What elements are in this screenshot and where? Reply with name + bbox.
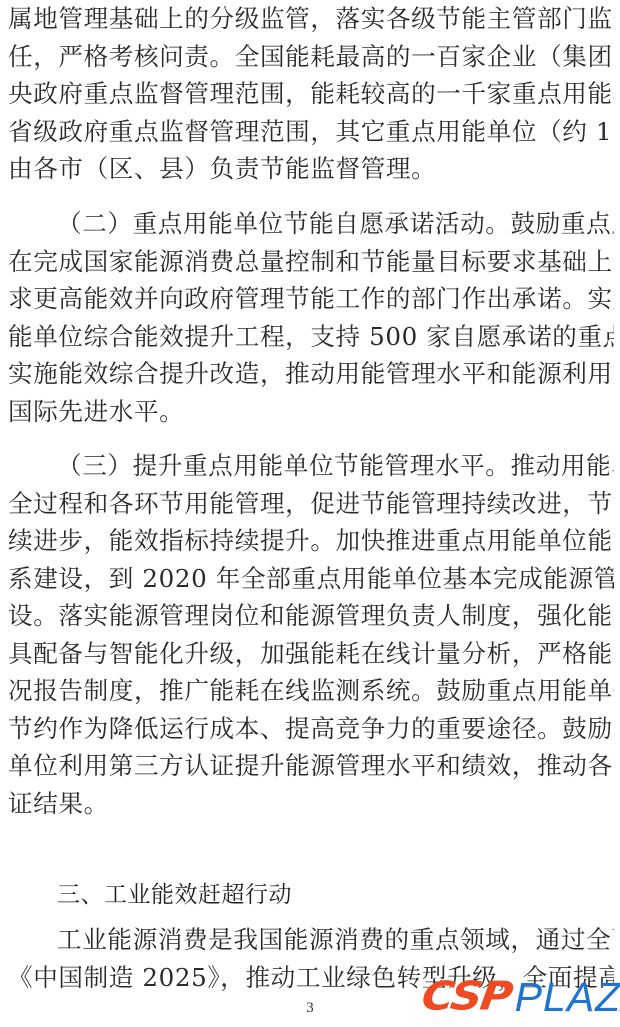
text-line: 央政府重点监督管理范围，能耗较高的一千家重点用能单位纳入 (8, 75, 614, 113)
text-line: 国际先进水平。 (8, 393, 614, 431)
section-heading: 三、工业能效赶超行动 (57, 875, 292, 915)
paragraph: 属地管理基础上的分级监管，落实各级节能主管部门监督管理责任，严格考核问责。全国能… (8, 0, 614, 188)
text-line: 省级政府重点监督管理范围，其它重点用能单位（约 1.6 万家） (8, 113, 614, 151)
text-line: 全过程和各环节用能管理，促进节能管理持续改进，节能技术持 (8, 485, 614, 523)
paragraph: （三）提升重点用能单位节能管理水平。推动用能单位加强全过程和各环节用能管理，促进… (8, 447, 614, 822)
text-line: 系建设，到 2020 年全部重点用能单位基本完成能源管理体系建 (8, 560, 614, 598)
text-line: 实施能效综合提升改造，推动用能管理水平和能源利用效率达到 (8, 355, 614, 393)
text-line: 续进步，能效指标持续提升。加快推进重点用能单位能源管理体 (8, 522, 614, 560)
text-line: 况报告制度，推广能耗在线监测系统。鼓励重点用能单位把能源 (8, 672, 614, 710)
text-line: 属地管理基础上的分级监管，落实各级节能主管部门监督管理责 (8, 0, 614, 38)
watermark-logo: CSP PLAZA (422, 975, 620, 1019)
text-line: （二）重点用能单位节能自愿承诺活动。鼓励重点用能单位 (8, 205, 614, 243)
text-line: （三）提升重点用能单位节能管理水平。推动用能单位加强 (8, 447, 614, 485)
text-line: 能单位综合能效提升工程，支持 500 家自愿承诺的重点用能单位 (8, 318, 614, 356)
text-line: 工业能源消费是我国能源消费的重点领域，通过全面落实 (8, 921, 614, 959)
text-line: 节约作为降低运行成本、提高竞争力的重要途径。鼓励重点用能 (8, 710, 614, 748)
text-line: 具配备与智能化升级，加强能耗在线计量分析，严格能源利用状 (8, 635, 614, 673)
text-line: 任，严格考核问责。全国能耗最高的一百家企业（集团）纳入中 (8, 38, 614, 76)
text-line: 证结果。 (8, 785, 614, 823)
watermark-plaza: PLAZA (515, 975, 620, 1019)
text-line: 单位利用第三方认证提升能源管理水平和绩效，推动各方采信认 (8, 747, 614, 785)
text-line: 由各市（区、县）负责节能监督管理。 (8, 150, 614, 188)
watermark-csp: CSP (419, 977, 513, 1017)
text-line: 求更高能效并向政府管理节能工作的部门作出承诺。实施重点用 (8, 280, 614, 318)
text-line: 设。落实能源管理岗位和能源管理负责人制度，强化能源计量器 (8, 597, 614, 635)
text-line: 在完成国家能源消费总量控制和节能量目标要求基础上，自愿追 (8, 243, 614, 281)
paragraph: （二）重点用能单位节能自愿承诺活动。鼓励重点用能单位在完成国家能源消费总量控制和… (8, 205, 614, 430)
document-page: 属地管理基础上的分级监管，落实各级节能主管部门监督管理责任，严格考核问责。全国能… (0, 0, 620, 1027)
